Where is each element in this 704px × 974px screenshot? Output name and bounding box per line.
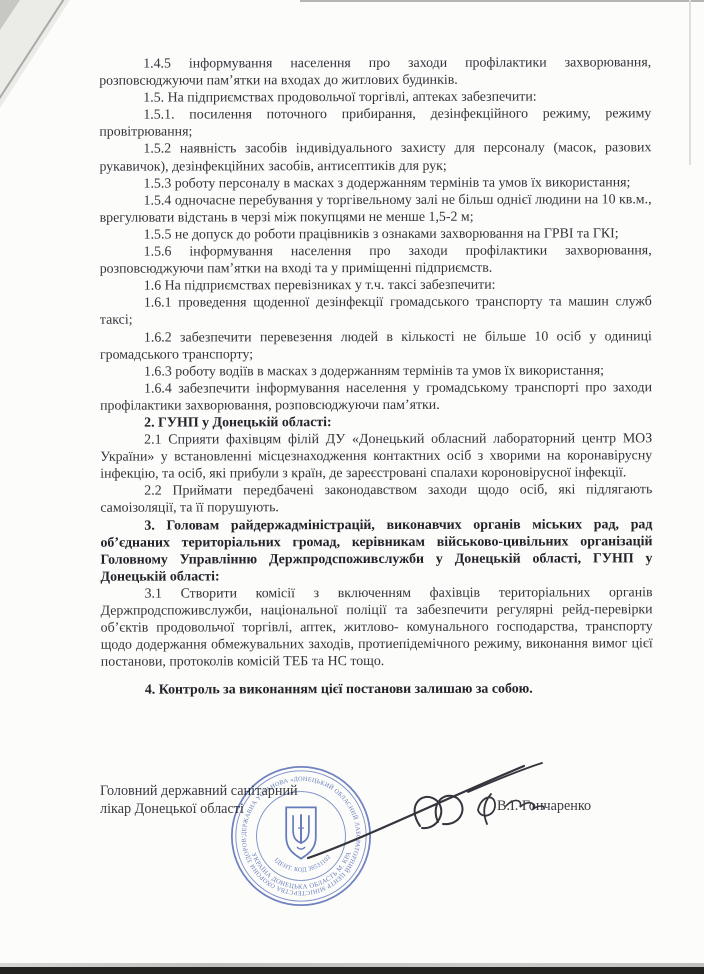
paragraph: 3. Головам райдержадміністрацій, виконав… (100, 516, 652, 586)
paragraph: 3.1 Створити комісії з включенням фахівц… (101, 584, 653, 671)
scanned-page: 1.4.5 інформування населення про заходи … (0, 0, 704, 974)
paragraph: 1.5. На підприємствах продовольчої торгі… (99, 88, 651, 107)
scan-right-edge-line (689, 0, 691, 165)
paragraph: 1.5.5 не допуск до роботи працівників з … (100, 225, 652, 244)
paragraph: 2. ГУНП у Донецькій області: (100, 413, 652, 432)
paragraph: 2.2 Приймати передбачені законодавством … (100, 482, 652, 518)
scan-top-edge-shadow (300, 0, 704, 2)
paragraph: 1.5.1. посилення поточного прибирання, д… (99, 106, 651, 142)
signature-tail (506, 800, 544, 809)
scan-corner-shadow (0, 0, 20, 30)
paragraph: 1.6.1 проведення щоденної дезінфекції гр… (100, 294, 652, 330)
paragraph: 4. Контроль за виконанням цієї постанови… (101, 681, 653, 700)
paragraph: 1.4.5 інформування населення про заходи … (99, 54, 651, 90)
paragraph: 1.5.4 одночасне перебування у торгівельн… (100, 191, 652, 227)
paragraph: 1.5.3 роботу персоналу в масках з додерж… (99, 174, 651, 193)
paragraph: 1.6 На підприємствах перевізниках у т.ч.… (100, 276, 652, 295)
signature-ink (270, 740, 570, 880)
paragraph: 1.6.2 забезпечити перевезення людей в кі… (100, 328, 652, 364)
paragraph: 1.6.3 роботу водіїв в масках з додержанн… (100, 362, 652, 381)
signature-loops (415, 796, 463, 828)
signature-upper-stroke (468, 763, 542, 792)
paragraph: 2.1 Сприяти фахівцям філій ДУ «Донецький… (100, 430, 652, 483)
paragraph: 1.5.6 інформування населення про заходи … (100, 242, 652, 278)
signature-f-loop (478, 794, 495, 824)
scan-bottom-bar (0, 967, 704, 974)
document-body: 1.4.5 інформування населення про заходи … (99, 54, 653, 699)
paragraph: 1.5.2 наявність засобів індивідуального … (99, 140, 651, 176)
paragraph: 1.6.4 забезпечити інформування населення… (100, 379, 652, 415)
